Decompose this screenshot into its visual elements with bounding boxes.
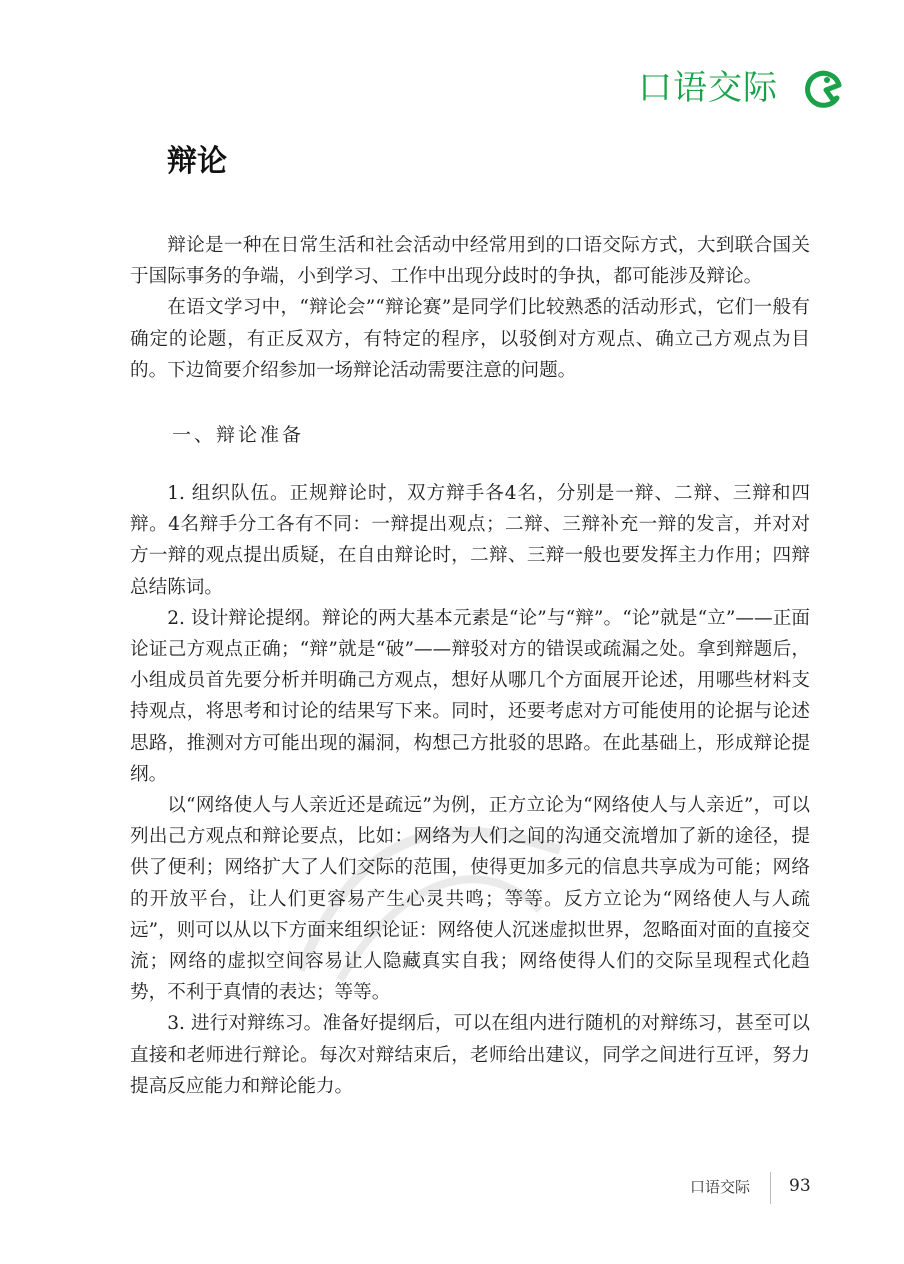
section-header-title: 口语交际 — [638, 68, 778, 108]
page-title: 辩论 — [167, 143, 227, 181]
footer-divider — [770, 1172, 771, 1204]
section-body: 1. 组织队伍。正规辩论时，双方辩手各4名，分别是一辩、二辩、三辩和四辩。4名辩… — [130, 478, 810, 1102]
footer-section-label: 口语交际 — [690, 1176, 750, 1198]
intro-section: 辩论是一种在日常生活和社会活动中经常用到的口语交际方式，大到联合国关于国际事务的… — [130, 230, 810, 386]
section-paragraph: 3. 进行对辩练习。准备好提纲后，可以在组内进行随机的对辩练习，甚至可以直接和老… — [130, 1008, 810, 1102]
speech-bubble-icon — [804, 68, 844, 108]
section-heading: 一、辩论准备 — [172, 420, 304, 450]
section-paragraph: 以“网络使人与人亲近还是疏远”为例，正方立论为“网络使人与人亲近”，可以列出己方… — [130, 790, 810, 1008]
section-paragraph: 1. 组织队伍。正规辩论时，双方辩手各4名，分别是一辩、二辩、三辩和四辩。4名辩… — [130, 478, 810, 603]
intro-paragraph: 辩论是一种在日常生活和社会活动中经常用到的口语交际方式，大到联合国关于国际事务的… — [130, 230, 810, 292]
section-paragraph: 2. 设计辩论提纲。辩论的两大基本元素是“论”与“辩”。“论”就是“立”——正面… — [130, 603, 810, 790]
intro-paragraph: 在语文学习中，“辩论会”“辩论赛”是同学们比较熟悉的活动形式，它们一般有确定的论… — [130, 292, 810, 386]
page-number: 93 — [789, 1174, 811, 1198]
